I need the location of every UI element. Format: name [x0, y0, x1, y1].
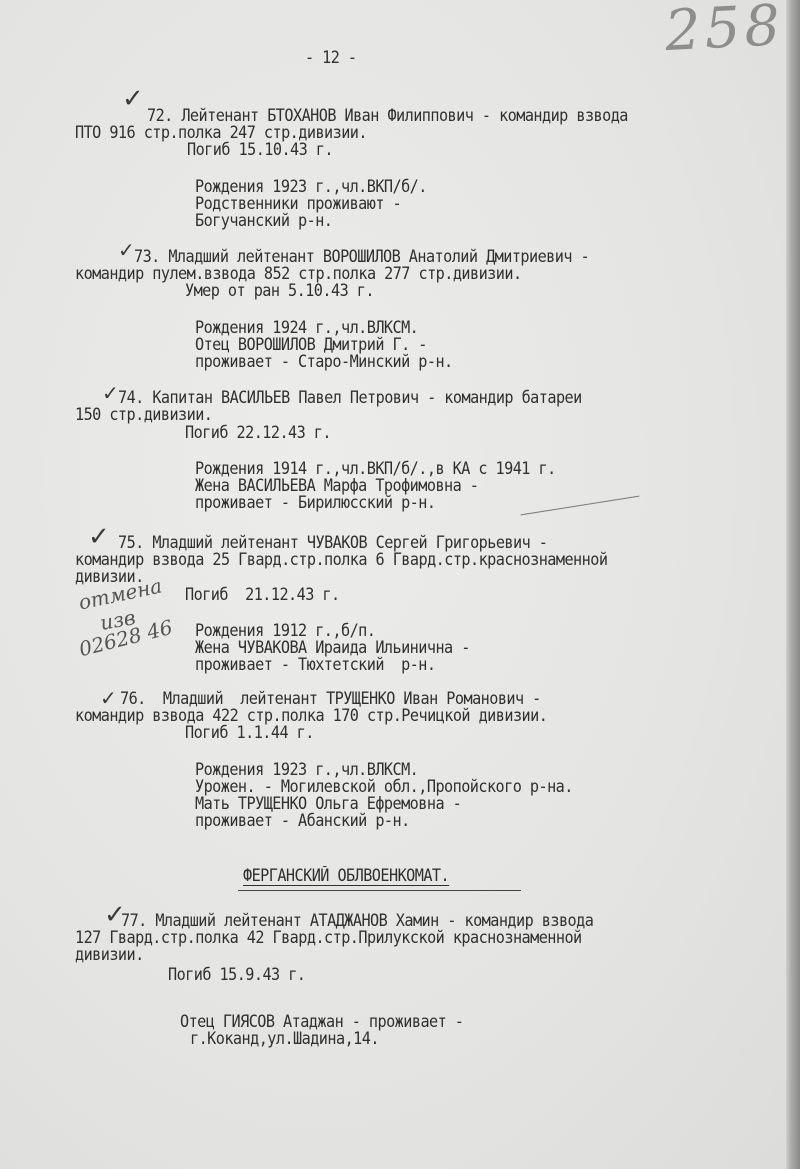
heading-underline — [238, 890, 521, 891]
entry-fate: Умер от ран 5.10.43 г. — [185, 281, 374, 300]
entry-fate: Погиб 15.10.43 г. — [187, 140, 333, 159]
entry-detail: проживает - Бирилюсский р-н. — [195, 493, 435, 512]
entry-detail: проживает - Тюхтетский р-н. — [195, 655, 435, 674]
entry-detail: проживает - Старо-Минский р-н. — [195, 352, 453, 371]
entry-detail: Богучанский р-н. — [195, 211, 332, 230]
page-edge — [786, 0, 800, 1169]
entry-detail: г.Коканд,ул.Шадина,14. — [190, 1029, 379, 1048]
entry-fate: Погиб 1.1.44 г. — [185, 723, 314, 742]
check-mark-icon: ✓ — [102, 381, 119, 405]
page-number: - 12 - — [305, 48, 357, 67]
entry-detail: проживает - Абанский р-н. — [195, 811, 410, 830]
entry-fate: Погиб 22.12.43 г. — [185, 423, 331, 442]
check-mark-icon: ✓ — [122, 84, 144, 114]
entry-unit: дивизии. — [75, 945, 144, 964]
entry-fate: Погиб 15.9.43 г. — [168, 965, 305, 984]
entry-unit: 150 стр.дивизии. — [75, 405, 212, 424]
section-heading: ФЕРГАНСКИЙ ОБЛВОЕНКОМАТ. — [243, 866, 449, 885]
entry-unit: 127 Гвард.стр.полка 42 Гвард.стр.Прилукс… — [75, 928, 582, 947]
check-mark-icon: ✓ — [88, 522, 110, 552]
archive-page-number: 258 — [663, 0, 785, 64]
entry-unit: командир взвода 25 Гвард.стр.полка 6 Гва… — [75, 550, 607, 569]
check-mark-icon: ✓ — [118, 238, 135, 262]
entry-fate: Погиб 21.12.43 г. — [185, 585, 340, 604]
